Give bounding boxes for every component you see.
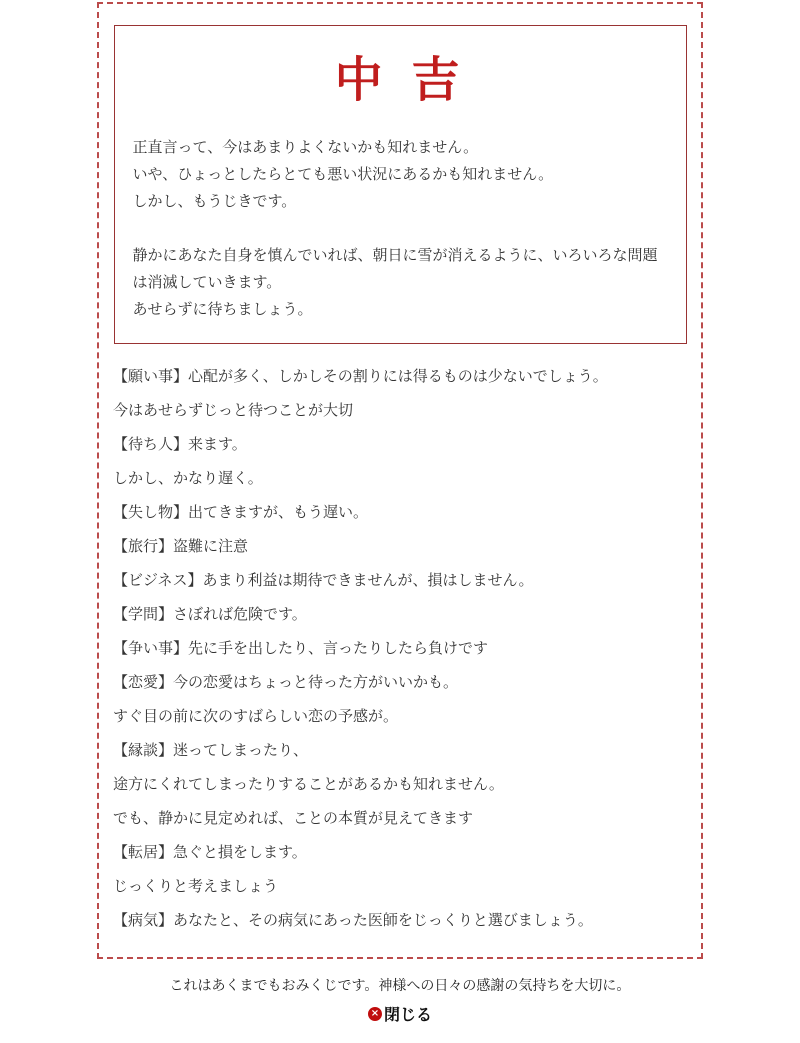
close-button[interactable]: × 閉じる	[368, 1002, 432, 1025]
omikuji-disclaimer: これはあくまでもおみくじです。神様への日々の感謝の気持ちを大切に。	[0, 976, 800, 996]
fortune-detail-line: 【旅行】盗難に注意	[113, 536, 691, 557]
fortune-intro-line: いや、ひょっとしたらとても悪い状況にあるかも知れません。	[133, 161, 668, 188]
fortune-detail-line: すぐ目の前に次のすばらしい恋の予感が。	[113, 706, 691, 727]
fortune-summary-box: 中 吉 正直言って、今はあまりよくないかも知れません。 いや、ひょっとしたらとて…	[114, 25, 687, 344]
fortune-detail-line: 【ビジネス】あまり利益は期待できませんが、損はしません。	[113, 570, 691, 591]
fortune-intro-line: 正直言って、今はあまりよくないかも知れません。	[133, 134, 668, 161]
fortune-advice-line: 静かにあなた自身を慎んでいれば、朝日に雪が消えるように、いろいろな問題は消滅して…	[133, 242, 668, 296]
fortune-detail-line: 【願い事】心配が多く、しかしその割りには得るものは少ないでしょう。	[113, 366, 691, 387]
fortune-detail-line: じっくりと考えましょう	[113, 876, 691, 897]
close-icon: ×	[368, 1007, 382, 1021]
fortune-advice-line: あせらずに待ちましょう。	[133, 296, 668, 323]
omikuji-result-panel: 中 吉 正直言って、今はあまりよくないかも知れません。 いや、ひょっとしたらとて…	[97, 2, 703, 959]
fortune-detail-line: 途方にくれてしまったりすることがあるかも知れません。	[113, 774, 691, 795]
fortune-detail-line: 【学問】さぼれば危険です。	[113, 604, 691, 625]
fortune-detail-line: 【病気】あなたと、その病気にあった医師をじっくりと選びましょう。	[113, 910, 691, 931]
fortune-rank-title: 中 吉	[133, 52, 668, 110]
fortune-detail-line: 今はあせらずじっと待つことが大切	[113, 400, 691, 421]
fortune-detail-line: 【争い事】先に手を出したり、言ったりしたら負けです	[113, 638, 691, 659]
close-row: × 閉じる	[0, 1001, 800, 1026]
fortune-detail-line: 【縁談】迷ってしまったり、	[113, 740, 691, 761]
fortune-advice: 静かにあなた自身を慎んでいれば、朝日に雪が消えるように、いろいろな問題は消滅して…	[133, 242, 668, 323]
fortune-details-list: 【願い事】心配が多く、しかしその割りには得るものは少ないでしょう。 今はあせらず…	[113, 366, 691, 931]
fortune-detail-line: 【失し物】出てきますが、もう遅い。	[113, 502, 691, 523]
fortune-detail-line: でも、静かに見定めれば、ことの本質が見えてきます	[113, 808, 691, 829]
fortune-detail-line: 【待ち人】来ます。	[113, 434, 691, 455]
fortune-intro: 正直言って、今はあまりよくないかも知れません。 いや、ひょっとしたらとても悪い状…	[133, 134, 668, 215]
close-button-label: 閉じる	[384, 1002, 432, 1025]
fortune-intro-line: しかし、もうじきです。	[133, 188, 668, 215]
fortune-detail-line: 【恋愛】今の恋愛はちょっと待った方がいいかも。	[113, 672, 691, 693]
fortune-detail-line: 【転居】急ぐと損をします。	[113, 842, 691, 863]
fortune-detail-line: しかし、かなり遅く。	[113, 468, 691, 489]
